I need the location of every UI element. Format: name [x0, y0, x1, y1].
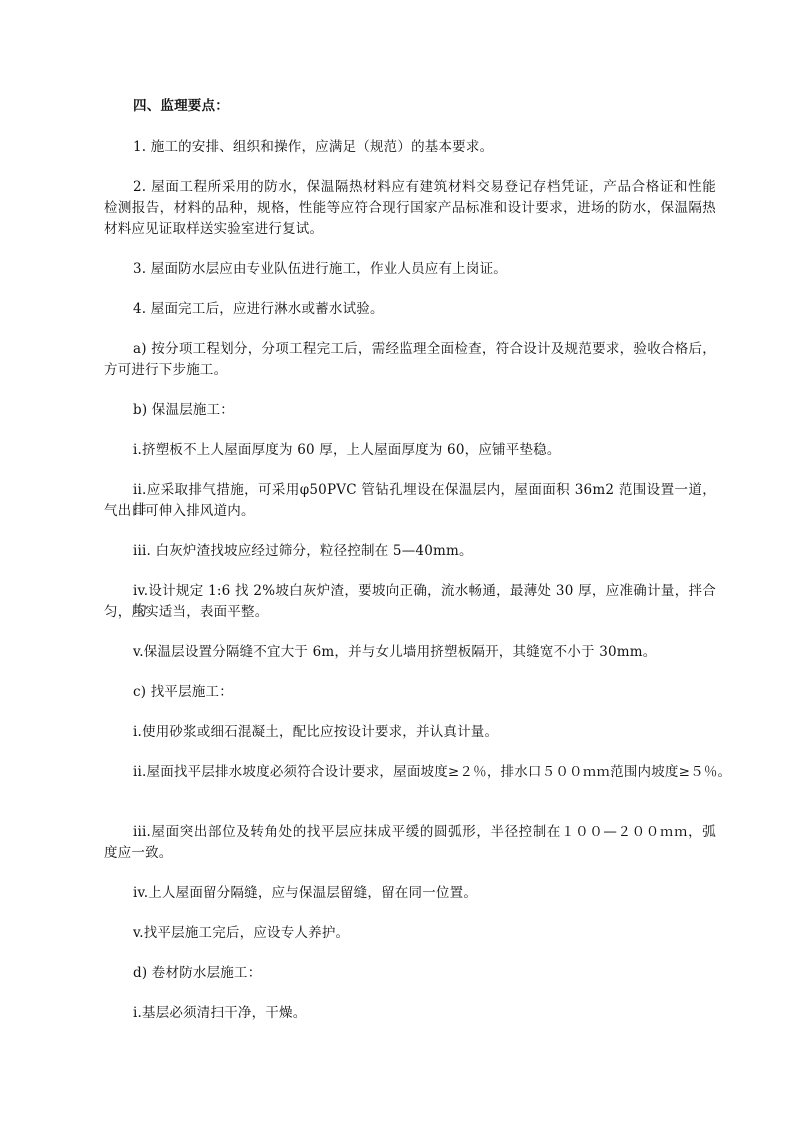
paragraph-b-iii: iii. 白灰炉渣找坡应经过筛分，粒径控制在 5—40mm。 — [133, 541, 716, 561]
paragraph-b-iv-line-2: 匀，压实适当，表面平整。 — [104, 602, 716, 622]
paragraph-d-i: i.基层必须清扫干净，干燥。 — [133, 1003, 716, 1023]
paragraph-b-v: v.保温层设置分隔缝不宜大于 6m，并与女儿墙用挤塑板隔开，其缝宽不小于 30m… — [133, 642, 716, 662]
paragraph-2-line-2: 检测报告，材料的品种，规格，性能等应符合现行国家产品标准和设计要求，进场的防水，… — [104, 198, 716, 218]
paragraph-c-v: v.找平层施工完后，应设专人养护。 — [133, 923, 716, 943]
paragraph-4: 4. 屋面完工后，应进行淋水或蓄水试验。 — [133, 299, 716, 319]
paragraph-2-line-3: 材料应见证取样送实验室进行复试。 — [104, 219, 716, 239]
paragraph-c-iii-line-2: 度应一致。 — [104, 843, 716, 863]
paragraph-b: b) 保温层施工： — [133, 400, 716, 420]
paragraph-d: d) 卷材防水层施工： — [133, 963, 716, 983]
paragraph-b-ii-line-2: 气出口可伸入排风道内。 — [104, 501, 716, 521]
paragraph-1: 1. 施工的安排、组织和操作，应满足（规范）的基本要求。 — [133, 137, 716, 157]
paragraph-c: c) 找平层施工： — [133, 682, 716, 702]
paragraph-a-line-2: 方可进行下步施工。 — [104, 360, 716, 380]
paragraph-c-iii-line-1: iii.屋面突出部位及转角处的找平层应抹成平缓的圆弧形，半径控制在１００—２００… — [133, 822, 716, 842]
paragraph-3: 3. 屋面防水层应由专业队伍进行施工，作业人员应有上岗证。 — [133, 259, 716, 279]
section-heading: 四、监理要点： — [133, 96, 716, 116]
paragraph-c-iv: iv.上人屋面留分隔缝，应与保温层留缝，留在同一位置。 — [133, 883, 716, 903]
paragraph-2-line-1: 2. 屋面工程所采用的防水，保温隔热材料应有建筑材料交易登记存档凭证，产品合格证… — [133, 177, 716, 197]
paragraph-b-i: i.挤塑板不上人屋面厚度为 60 厚，上人屋面厚度为 60，应铺平垫稳。 — [133, 440, 716, 460]
paragraph-c-i: i.使用砂浆或细石混凝土，配比应按设计要求，并认真计量。 — [133, 722, 716, 742]
paragraph-c-ii: ii.屋面找平层排水坡度必须符合设计要求，屋面坡度≥２％，排水口５００ｍｍ范围内… — [133, 762, 716, 782]
paragraph-a-line-1: a) 按分项工程划分，分项工程完工后，需经监理全面检查，符合设计及规范要求，验收… — [133, 339, 716, 359]
document-page: 四、监理要点： 1. 施工的安排、组织和操作，应满足（规范）的基本要求。 2. … — [0, 0, 793, 1122]
